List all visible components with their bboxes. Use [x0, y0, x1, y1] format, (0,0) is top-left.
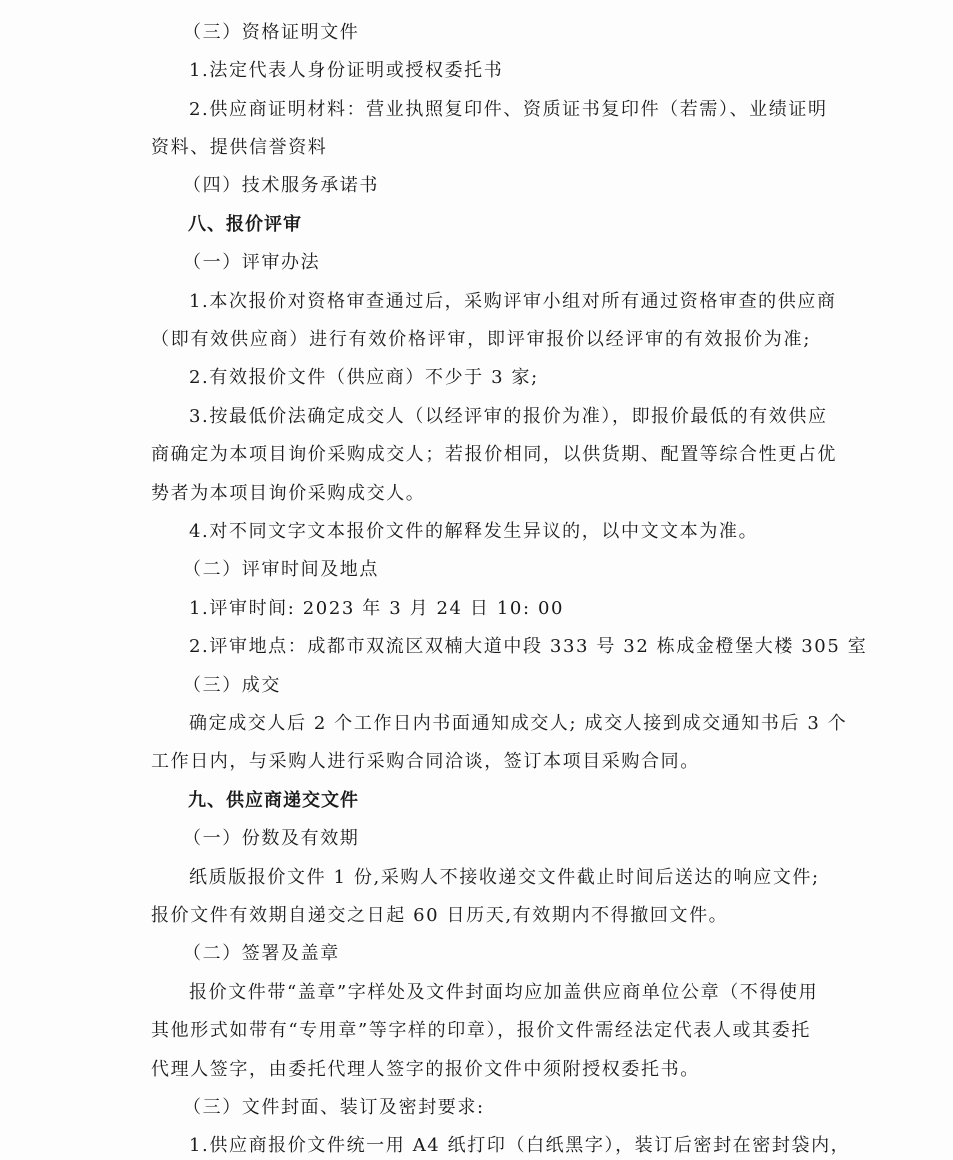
subheading-qualification-docs: （三）资格证明文件: [183, 21, 843, 45]
item-deal-notice: 确定成交人后 2 个工作日内书面通知成交人; 成交人接到成交通知书后 3 个: [189, 712, 811, 736]
item-review-1: 1.本次报价对资格审查通过后，采购评审小组对所有通过资格审查的供应商: [189, 290, 811, 314]
item-review-3-cont: 商确定为本项目询价采购成交人；若报价相同，以供货期、配置等综合性更占优: [151, 443, 811, 467]
section-heading-quote-review: 八、报价评审: [188, 213, 848, 237]
subheading-review-time-place: （二）评审时间及地点: [183, 558, 843, 582]
item-review-time: 1.评审时间: 2023 年 3 月 24 日 10: 00: [189, 597, 849, 621]
item-review-3-cont2: 势者为本项目询价采购成交人。: [151, 482, 811, 506]
subheading-deal: （三）成交: [183, 674, 843, 698]
item-deal-notice-cont: 工作日内，与采购人进行采购合同洽谈，签订本项目采购合同。: [151, 750, 811, 774]
item-legal-rep-id: 1.法定代表人身份证明或授权委托书: [189, 59, 849, 83]
item-paper-copy: 纸质版报价文件 1 份,采购人不接收递交文件截止时间后送达的响应文件;: [189, 866, 849, 890]
item-review-3: 3.按最低价法确定成交人（以经评审的报价为准），即报价最低的有效供应: [189, 405, 811, 429]
item-review-1-cont: （即有效供应商）进行有效价格评审，即评审报价以经评审的有效报价为准;: [151, 328, 811, 352]
item-seal-requirement-cont: 其他形式如带有“专用章”等字样的印章），报价文件需经法定代表人或其委托: [151, 1019, 811, 1043]
subheading-cover-binding-seal: （三）文件封面、装订及密封要求:: [183, 1096, 843, 1120]
subheading-review-method: （一）评审办法: [183, 251, 843, 275]
item-seal-requirement: 报价文件带“盖章”字样处及文件封面均应加盖供应商单位公章（不得使用: [189, 981, 811, 1005]
item-print-a4: 1.供应商报价文件统一用 A4 纸打印（白纸黑字），装订后密封在密封袋内，: [189, 1134, 811, 1158]
item-supplier-materials-cont: 资料、提供信誉资料: [151, 136, 811, 160]
subheading-copies-validity: （一）份数及有效期: [183, 827, 843, 851]
document-page: （三）资格证明文件 1.法定代表人身份证明或授权委托书 2.供应商证明材料：营业…: [0, 0, 953, 1160]
section-heading-supplier-submission: 九、供应商递交文件: [188, 789, 848, 813]
subheading-tech-service-commitment: （四）技术服务承诺书: [183, 174, 843, 198]
subheading-sign-seal: （二）签署及盖章: [183, 942, 843, 966]
item-review-2: 2.有效报价文件（供应商）不少于 3 家;: [189, 366, 849, 390]
item-review-place: 2.评审地点：成都市双流区双楠大道中段 333 号 32 栋成金橙堡大楼 305…: [189, 635, 849, 659]
item-supplier-materials: 2.供应商证明材料：营业执照复印件、资质证书复印件（若需）、业绩证明: [189, 98, 811, 122]
item-seal-requirement-cont2: 代理人签字，由委托代理人签字的报价文件中须附授权委托书。: [151, 1058, 811, 1082]
item-paper-copy-cont: 报价文件有效期自递交之日起 60 日历天,有效期内不得撤回文件。: [151, 904, 811, 928]
item-review-4: 4.对不同文字文本报价文件的解释发生异议的，以中文文本为准。: [189, 520, 849, 544]
